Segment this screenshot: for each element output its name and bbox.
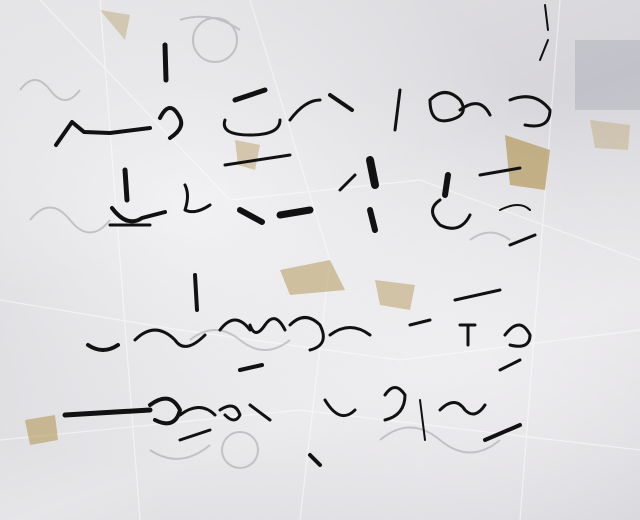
ink-calligraphy — [0, 0, 640, 520]
artwork-canvas — [0, 0, 640, 520]
